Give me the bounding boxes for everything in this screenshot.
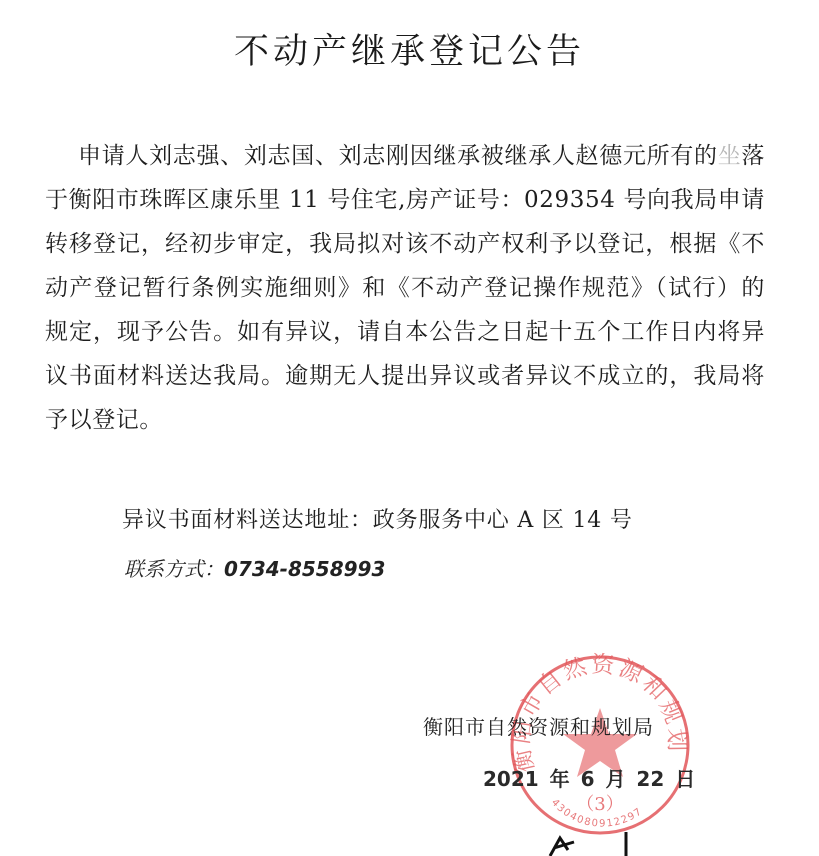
body-part-2: 落于衡阳市珠晖区康乐里 11 号住宅,房产证号：029354 号向我局申请转移登… <box>45 143 765 433</box>
objection-address: 异议书面材料送达地址：政务服务中心 A 区 14 号 <box>122 503 633 534</box>
contact-number: 0734-8558993 <box>224 557 385 581</box>
contact-info: 联系方式：0734-8558993 <box>124 553 385 582</box>
notice-body: 申请人刘志强、刘志国、刘志刚因继承被继承人赵德元所有的坐落于衡阳市珠晖区康乐里 … <box>45 134 765 442</box>
seal-center-label: （3） <box>576 794 623 815</box>
body-part-1: 申请人刘志强、刘志国、刘志刚因继承被继承人赵德元所有的 <box>78 143 718 169</box>
official-seal-icon: 衡阳市自然资源和规划局 （3） 4304080912297 <box>505 650 695 840</box>
signature-icon <box>530 828 650 856</box>
issuer-name: 衡阳市自然资源和规划局 <box>423 711 654 740</box>
issue-date: 2021 年 6 月 22 日 <box>483 763 695 792</box>
notice-title: 不动产继承登记公告 <box>0 24 819 74</box>
body-faint-char: 坐 <box>718 143 742 169</box>
contact-label: 联系方式： <box>124 557 224 581</box>
